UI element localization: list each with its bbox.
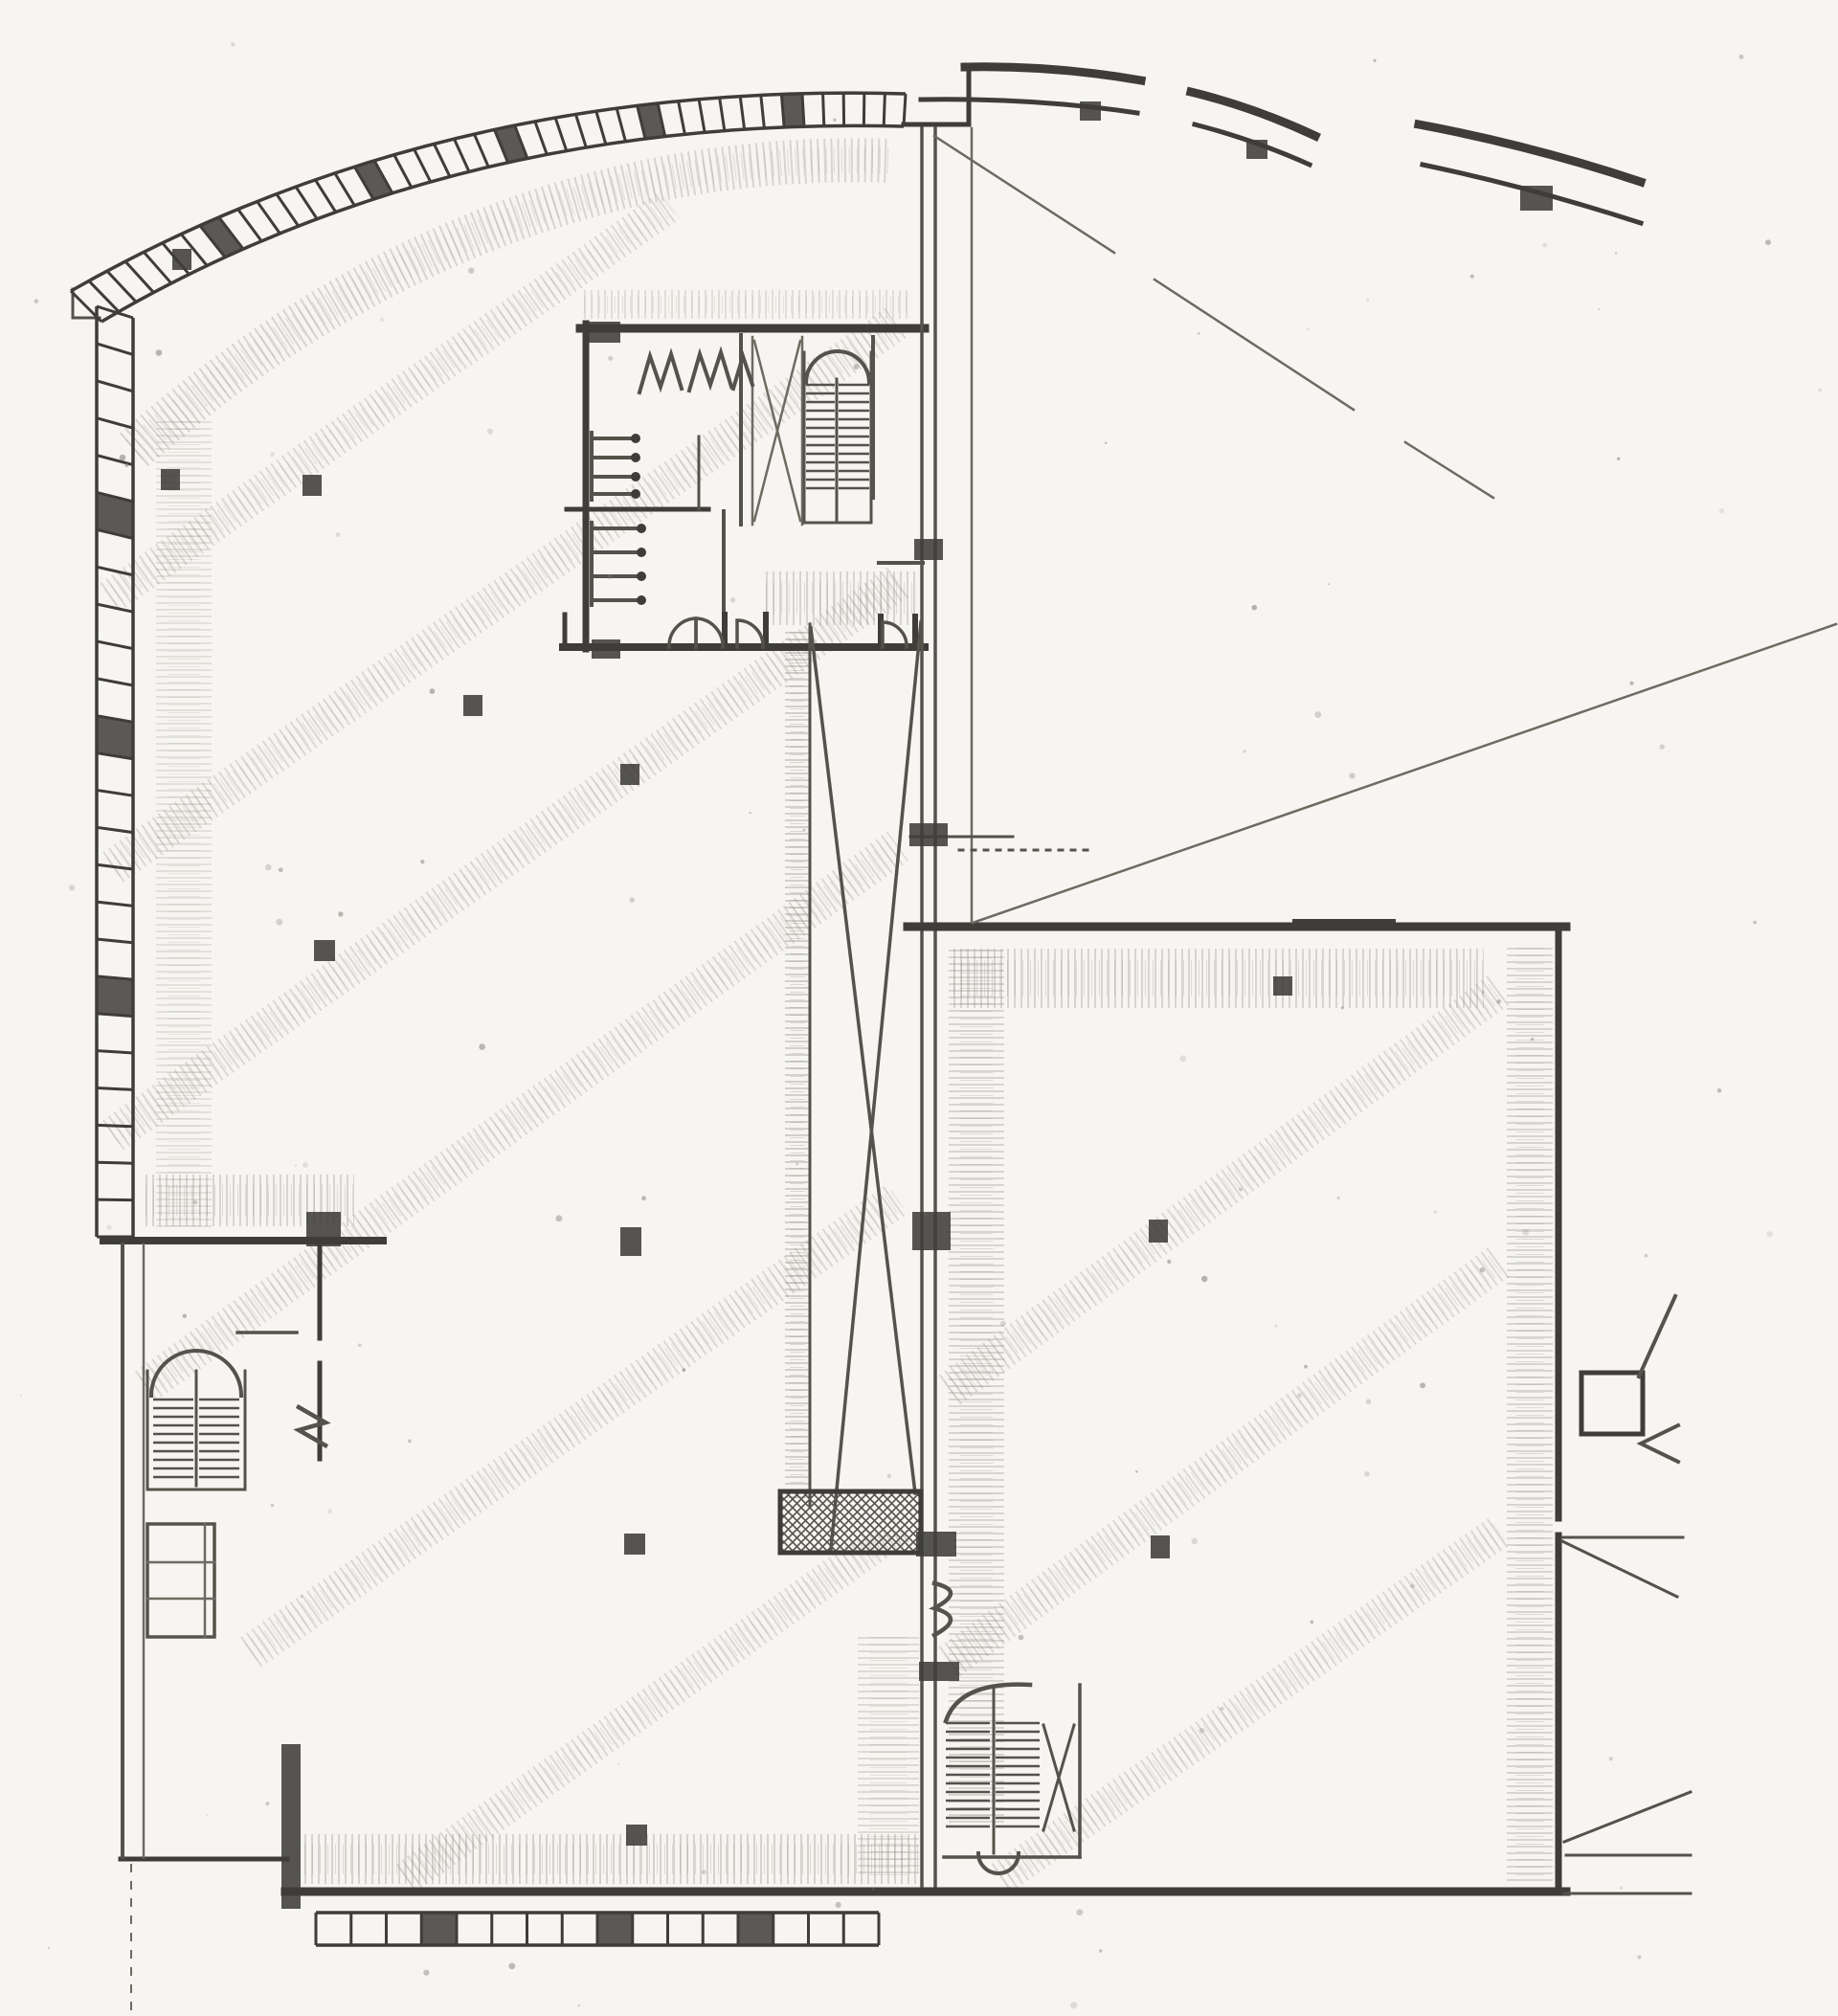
scan-noise-speck <box>1220 1707 1223 1711</box>
scan-noise-speck <box>408 1439 412 1443</box>
scan-noise-speck <box>1179 1056 1186 1063</box>
scan-noise-speck <box>69 885 75 890</box>
scan-noise-speck <box>1019 1635 1024 1641</box>
scan-noise-speck <box>802 828 805 831</box>
scan-noise-speck <box>836 1902 841 1908</box>
scan-noise-speck <box>1620 1886 1624 1890</box>
party-wall-block <box>916 1532 956 1557</box>
scan-noise-speck <box>265 864 272 871</box>
scan-noise-speck <box>1099 1949 1102 1952</box>
scan-noise-speck <box>1818 389 1822 392</box>
scan-noise-speck <box>1543 243 1548 248</box>
scan-noise-speck <box>1167 1260 1171 1264</box>
scan-noise-speck <box>156 349 163 356</box>
rb-column <box>1273 976 1292 996</box>
wc-stall-knob <box>637 524 646 533</box>
scan-noise-speck <box>1076 1909 1083 1915</box>
scan-noise-speck <box>556 1215 563 1221</box>
scan-noise-speck <box>423 1970 429 1976</box>
scan-noise-speck <box>1609 1757 1613 1760</box>
column <box>620 1227 641 1256</box>
scan-noise-speck <box>1767 1231 1773 1237</box>
scan-noise-speck <box>1314 711 1321 718</box>
scan-noise-speck <box>20 1395 22 1397</box>
scan-noise-speck <box>1617 458 1620 460</box>
scan-noise-speck <box>1239 1187 1243 1191</box>
north-curtain-wall-rung <box>823 93 824 125</box>
scan-noise-speck <box>1531 1038 1534 1041</box>
column <box>624 1534 645 1555</box>
party-wall-block <box>919 1662 959 1681</box>
wc-stall-knob <box>637 595 646 605</box>
scan-noise-speck <box>327 1509 332 1513</box>
scan-noise-speck <box>730 597 735 602</box>
scan-noise-speck <box>1615 252 1617 254</box>
scan-noise-speck <box>1480 1267 1485 1272</box>
scan-noise-speck <box>338 911 343 916</box>
scan-noise-speck <box>1420 1382 1425 1388</box>
scan-noise-speck <box>380 318 384 322</box>
scan-noise-speck <box>1000 1321 1006 1327</box>
scan-noise-speck <box>206 1814 208 1816</box>
scan-noise-speck <box>1637 1955 1641 1959</box>
wc-stall-knob <box>631 434 640 443</box>
scan-noise-speck <box>358 1343 362 1347</box>
scan-noise-speck <box>872 1889 874 1891</box>
scan-noise-speck <box>1739 55 1744 59</box>
scan-noise-speck <box>183 1314 187 1318</box>
south-curtain-wall-mullion-cell <box>421 1913 457 1945</box>
scan-noise-speck <box>1349 773 1355 778</box>
scan-noise-speck <box>1753 921 1757 925</box>
scan-noise-speck <box>106 1225 111 1230</box>
scan-noise-speck <box>336 532 341 537</box>
scan-noise-speck <box>508 1963 515 1970</box>
scan-noise-speck <box>683 1368 686 1372</box>
scan-noise-speck <box>578 2005 580 2006</box>
west-curtain-wall-mullion-cell <box>97 976 133 1017</box>
scan-noise-speck <box>301 1595 303 1598</box>
scan-noise-speck <box>1135 1470 1138 1473</box>
column <box>303 475 322 496</box>
scan-noise-speck <box>34 299 39 303</box>
scan-noise-speck <box>487 429 493 435</box>
floor-plan-scan <box>0 0 1838 2016</box>
scan-noise-speck <box>1523 1229 1530 1236</box>
scan-noise-speck <box>1252 605 1258 611</box>
core-corner-block <box>592 639 620 659</box>
rb-column <box>1151 1535 1170 1558</box>
scan-noise-speck <box>1374 59 1377 62</box>
party-wall-block <box>909 823 948 846</box>
scan-noise-speck <box>1497 999 1501 1003</box>
arc-block <box>1080 101 1101 121</box>
column <box>463 695 482 716</box>
north-curtain-wall-rung <box>904 94 906 126</box>
arc-block <box>1520 186 1553 211</box>
scan-noise-speck <box>1274 1325 1277 1328</box>
scan-noise-speck <box>1410 1584 1415 1589</box>
scan-noise-speck <box>854 364 860 370</box>
wc-stall-knob <box>631 489 640 499</box>
sw-wall-post <box>306 1212 341 1246</box>
scan-noise-speck <box>468 268 474 274</box>
scan-noise-speck <box>833 119 836 122</box>
rb-column <box>1149 1220 1168 1243</box>
scan-noise-speck <box>608 356 613 361</box>
scan-noise-speck <box>1243 750 1246 753</box>
scan-noise-speck <box>270 452 275 457</box>
scan-noise-speck <box>750 812 751 814</box>
column <box>620 764 639 785</box>
scan-noise-speck <box>1366 1400 1371 1404</box>
column <box>161 469 180 490</box>
north-curtain-wall-mullion-cell <box>781 94 804 127</box>
west-curtain-wall-rung <box>97 1125 133 1126</box>
scan-noise-speck <box>1311 1621 1314 1624</box>
scan-noise-speck <box>1297 1393 1302 1398</box>
core-corner-block <box>588 322 620 343</box>
scan-noise-speck <box>265 1802 269 1805</box>
north-curtain-wall-rung <box>884 93 885 125</box>
west-curtain-wall-rung <box>97 1087 133 1089</box>
scan-noise-speck <box>231 42 235 46</box>
scan-noise-speck <box>276 919 282 926</box>
scan-noise-speck <box>1434 1210 1437 1213</box>
shaft-footing-hatch <box>780 1491 921 1553</box>
scan-noise-speck <box>887 1474 891 1478</box>
scan-noise-speck <box>641 1196 646 1200</box>
scan-noise-speck <box>607 574 612 579</box>
scan-noise-speck <box>303 1162 308 1168</box>
wc-stall-knob <box>631 453 640 462</box>
scan-noise-speck <box>702 1870 706 1874</box>
scan-noise-speck <box>1341 1006 1344 1009</box>
wc-stall-knob <box>637 548 646 557</box>
west-curtain-wall-mullion-cell <box>97 716 133 759</box>
scan-noise-speck <box>1598 308 1600 310</box>
scan-noise-speck <box>1070 2002 1077 2008</box>
column <box>626 1825 647 1846</box>
scan-noise-speck <box>1198 332 1199 334</box>
scan-noise-speck <box>1304 1365 1308 1369</box>
scan-noise-speck <box>925 1214 927 1216</box>
scan-noise-speck <box>271 1504 274 1507</box>
scan-noise-speck <box>630 898 636 904</box>
scan-noise-speck <box>279 867 283 872</box>
paper-background <box>0 0 1838 2016</box>
wc-stall-knob <box>637 571 646 581</box>
scan-noise-speck <box>48 1947 50 1949</box>
party-wall-block <box>912 1212 951 1250</box>
scan-noise-speck <box>1765 239 1771 245</box>
scan-noise-speck <box>1191 1538 1198 1545</box>
wc-stall-knob <box>631 472 640 482</box>
scan-noise-speck <box>1337 1197 1340 1199</box>
column <box>172 249 191 270</box>
scan-noise-speck <box>796 1163 798 1166</box>
scan-noise-speck <box>1482 991 1484 993</box>
scan-noise-speck <box>1719 508 1725 514</box>
scan-noise-speck <box>479 1043 485 1050</box>
scan-noise-speck <box>1717 1088 1722 1093</box>
scan-noise-speck <box>420 860 424 863</box>
scan-noise-speck <box>1201 1276 1207 1282</box>
scan-noise-speck <box>430 688 436 694</box>
west-curtain-wall-rung <box>97 1162 133 1163</box>
sw-corner-post <box>281 1744 301 1909</box>
scan-noise-speck <box>1645 1254 1648 1258</box>
scan-noise-speck <box>1366 299 1369 302</box>
column <box>314 940 335 961</box>
scan-noise-speck <box>1199 1728 1205 1734</box>
scan-noise-speck <box>1629 682 1633 685</box>
scan-noise-speck <box>120 455 126 461</box>
scan-noise-speck <box>1105 442 1108 445</box>
scan-noise-speck <box>1470 275 1474 279</box>
scan-noise-speck <box>1364 1471 1370 1477</box>
scan-noise-speck <box>1307 327 1310 330</box>
scan-noise-speck <box>295 1164 297 1166</box>
scan-noise-speck <box>1328 583 1330 585</box>
scan-noise-speck <box>617 1763 620 1766</box>
floor-plan-drawing <box>0 0 1838 2016</box>
scan-noise-speck <box>1659 744 1665 750</box>
south-curtain-wall-mullion-cell <box>597 1913 633 1945</box>
arc-block <box>1246 140 1267 159</box>
scan-noise-speck <box>124 463 128 467</box>
party-wall-block <box>914 539 943 560</box>
south-curtain-wall-mullion-cell <box>738 1913 773 1945</box>
scan-noise-speck <box>193 1200 197 1204</box>
